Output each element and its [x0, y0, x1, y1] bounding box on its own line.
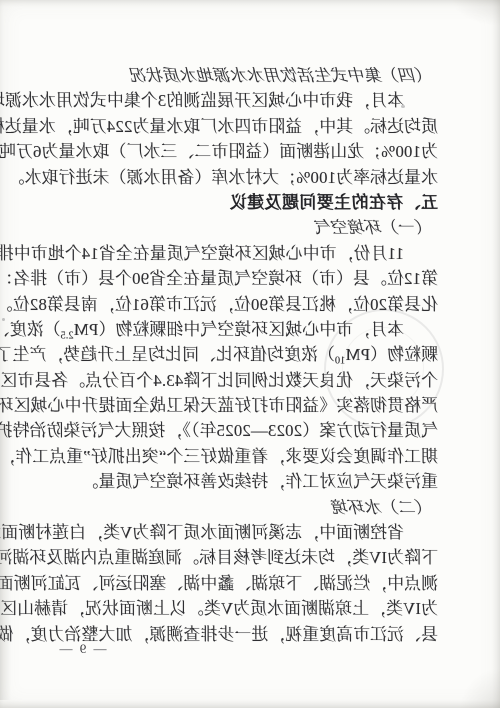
- paragraph-line: 县、沅江市高度重视，进一步排查溯源，加大整治力度，做好枯: [62, 622, 438, 647]
- paragraph-line: 重污染天气应对工作，持续改善环境空气质量。: [62, 469, 438, 494]
- paragraph-line: 测点中，烂泥湖、下琼湖、蠡中湖、塞阳运河、瓦缸河断面水质: [62, 571, 438, 596]
- paragraph-line: 质均达标。其中，益阳市四水厂取水量为224万吨，水量达标率: [62, 114, 438, 139]
- subsection-heading-drinking-water-source: （四）集中式生活饮用水水源地水质状况: [62, 63, 438, 88]
- subsection-heading-water-environment: （二）水环境: [62, 495, 438, 520]
- paragraph-line: 为100%；龙山港断面（益阳市二、三水厂）取水量为6万吨，: [62, 139, 438, 164]
- paragraph-line: 气质量行动方案（2023—2025年）》，按照大气污染防治特护: [62, 418, 438, 443]
- pm10-line-pre: 颗粒物（PM: [345, 345, 438, 364]
- pm25-line-post: ）浓度、可吸入: [0, 320, 61, 339]
- page-number: — 9 —: [52, 641, 112, 657]
- pm25-subscript: 2.5: [61, 330, 74, 341]
- scanned-document-page: （四）集中式生活饮用水水源地水质状况 本月，我市中心城区开展监测的3个集中式饮用…: [0, 0, 500, 708]
- paragraph-line: 省控断面中，志溪河断面水质下降为V类，白莲村断面水质: [62, 520, 438, 545]
- subsection-heading-ambient-air: （一）环境空气: [62, 215, 438, 240]
- paragraph-line-pm25: 本月，市中心城区环境空气中细颗粒物（PM2.5）浓度、可吸入: [62, 317, 438, 342]
- paragraph-line: 本月，我市中心城区开展监测的3个集中式饮用水水源地水: [62, 88, 438, 113]
- pm10-line-post: ）浓度均值环比、同比均呈上升趋势，产生了14: [0, 345, 335, 364]
- paragraph-line: 11月份，市中心城区环境空气质量在全省14个地市中排名: [62, 241, 438, 266]
- paragraph-line: 个污染天，优良天数比例同比下降43.4个百分点。各县市区要: [62, 368, 438, 393]
- pm25-line-pre: 本月，市中心城区环境空气中细颗粒物（PM: [74, 320, 404, 339]
- mirrored-page-content: （四）集中式生活饮用水水源地水质状况 本月，我市中心城区开展监测的3个集中式饮用…: [0, 0, 500, 708]
- paragraph-line-pm10: 颗粒物（PM10）浓度均值环比、同比均呈上升趋势，产生了14: [62, 342, 438, 367]
- pm10-subscript: 10: [335, 356, 346, 367]
- scan-speck-artifact: [401, 105, 405, 108]
- text-block: （四）集中式生活饮用水水源地水质状况 本月，我市中心城区开展监测的3个集中式饮用…: [62, 63, 438, 647]
- paragraph-line: 下降为IV类，均未达到考核目标。洞庭湖重点内湖及环湖河流监: [62, 545, 438, 570]
- section-heading-problems-and-suggestions: 五、存在的主要问题及建议: [62, 190, 438, 215]
- scan-speck-artifact: [2, 318, 5, 321]
- paragraph-line: 严格贯彻落实《益阳市打好蓝天保卫战全面提升中心城区环境空: [62, 393, 438, 418]
- paragraph-line: 期工作调度会议要求，着重做好三个“突出抓好”重点工作，强化: [62, 444, 438, 469]
- paragraph-line: 水量达标率为100%；大村水库（备用水源）未进行取水。: [62, 165, 438, 190]
- paragraph-line: 化县第20位，桃江县第90位，沅江市第61位，南县第82位。: [62, 292, 438, 317]
- paragraph-line: 第12位。县（市）环境空气质量在全省90个县（市）排名：安: [62, 266, 438, 291]
- paragraph-line: 为IV类，上琼湖断面水质为V类。以上断面状况，请赫山区、南: [62, 596, 438, 621]
